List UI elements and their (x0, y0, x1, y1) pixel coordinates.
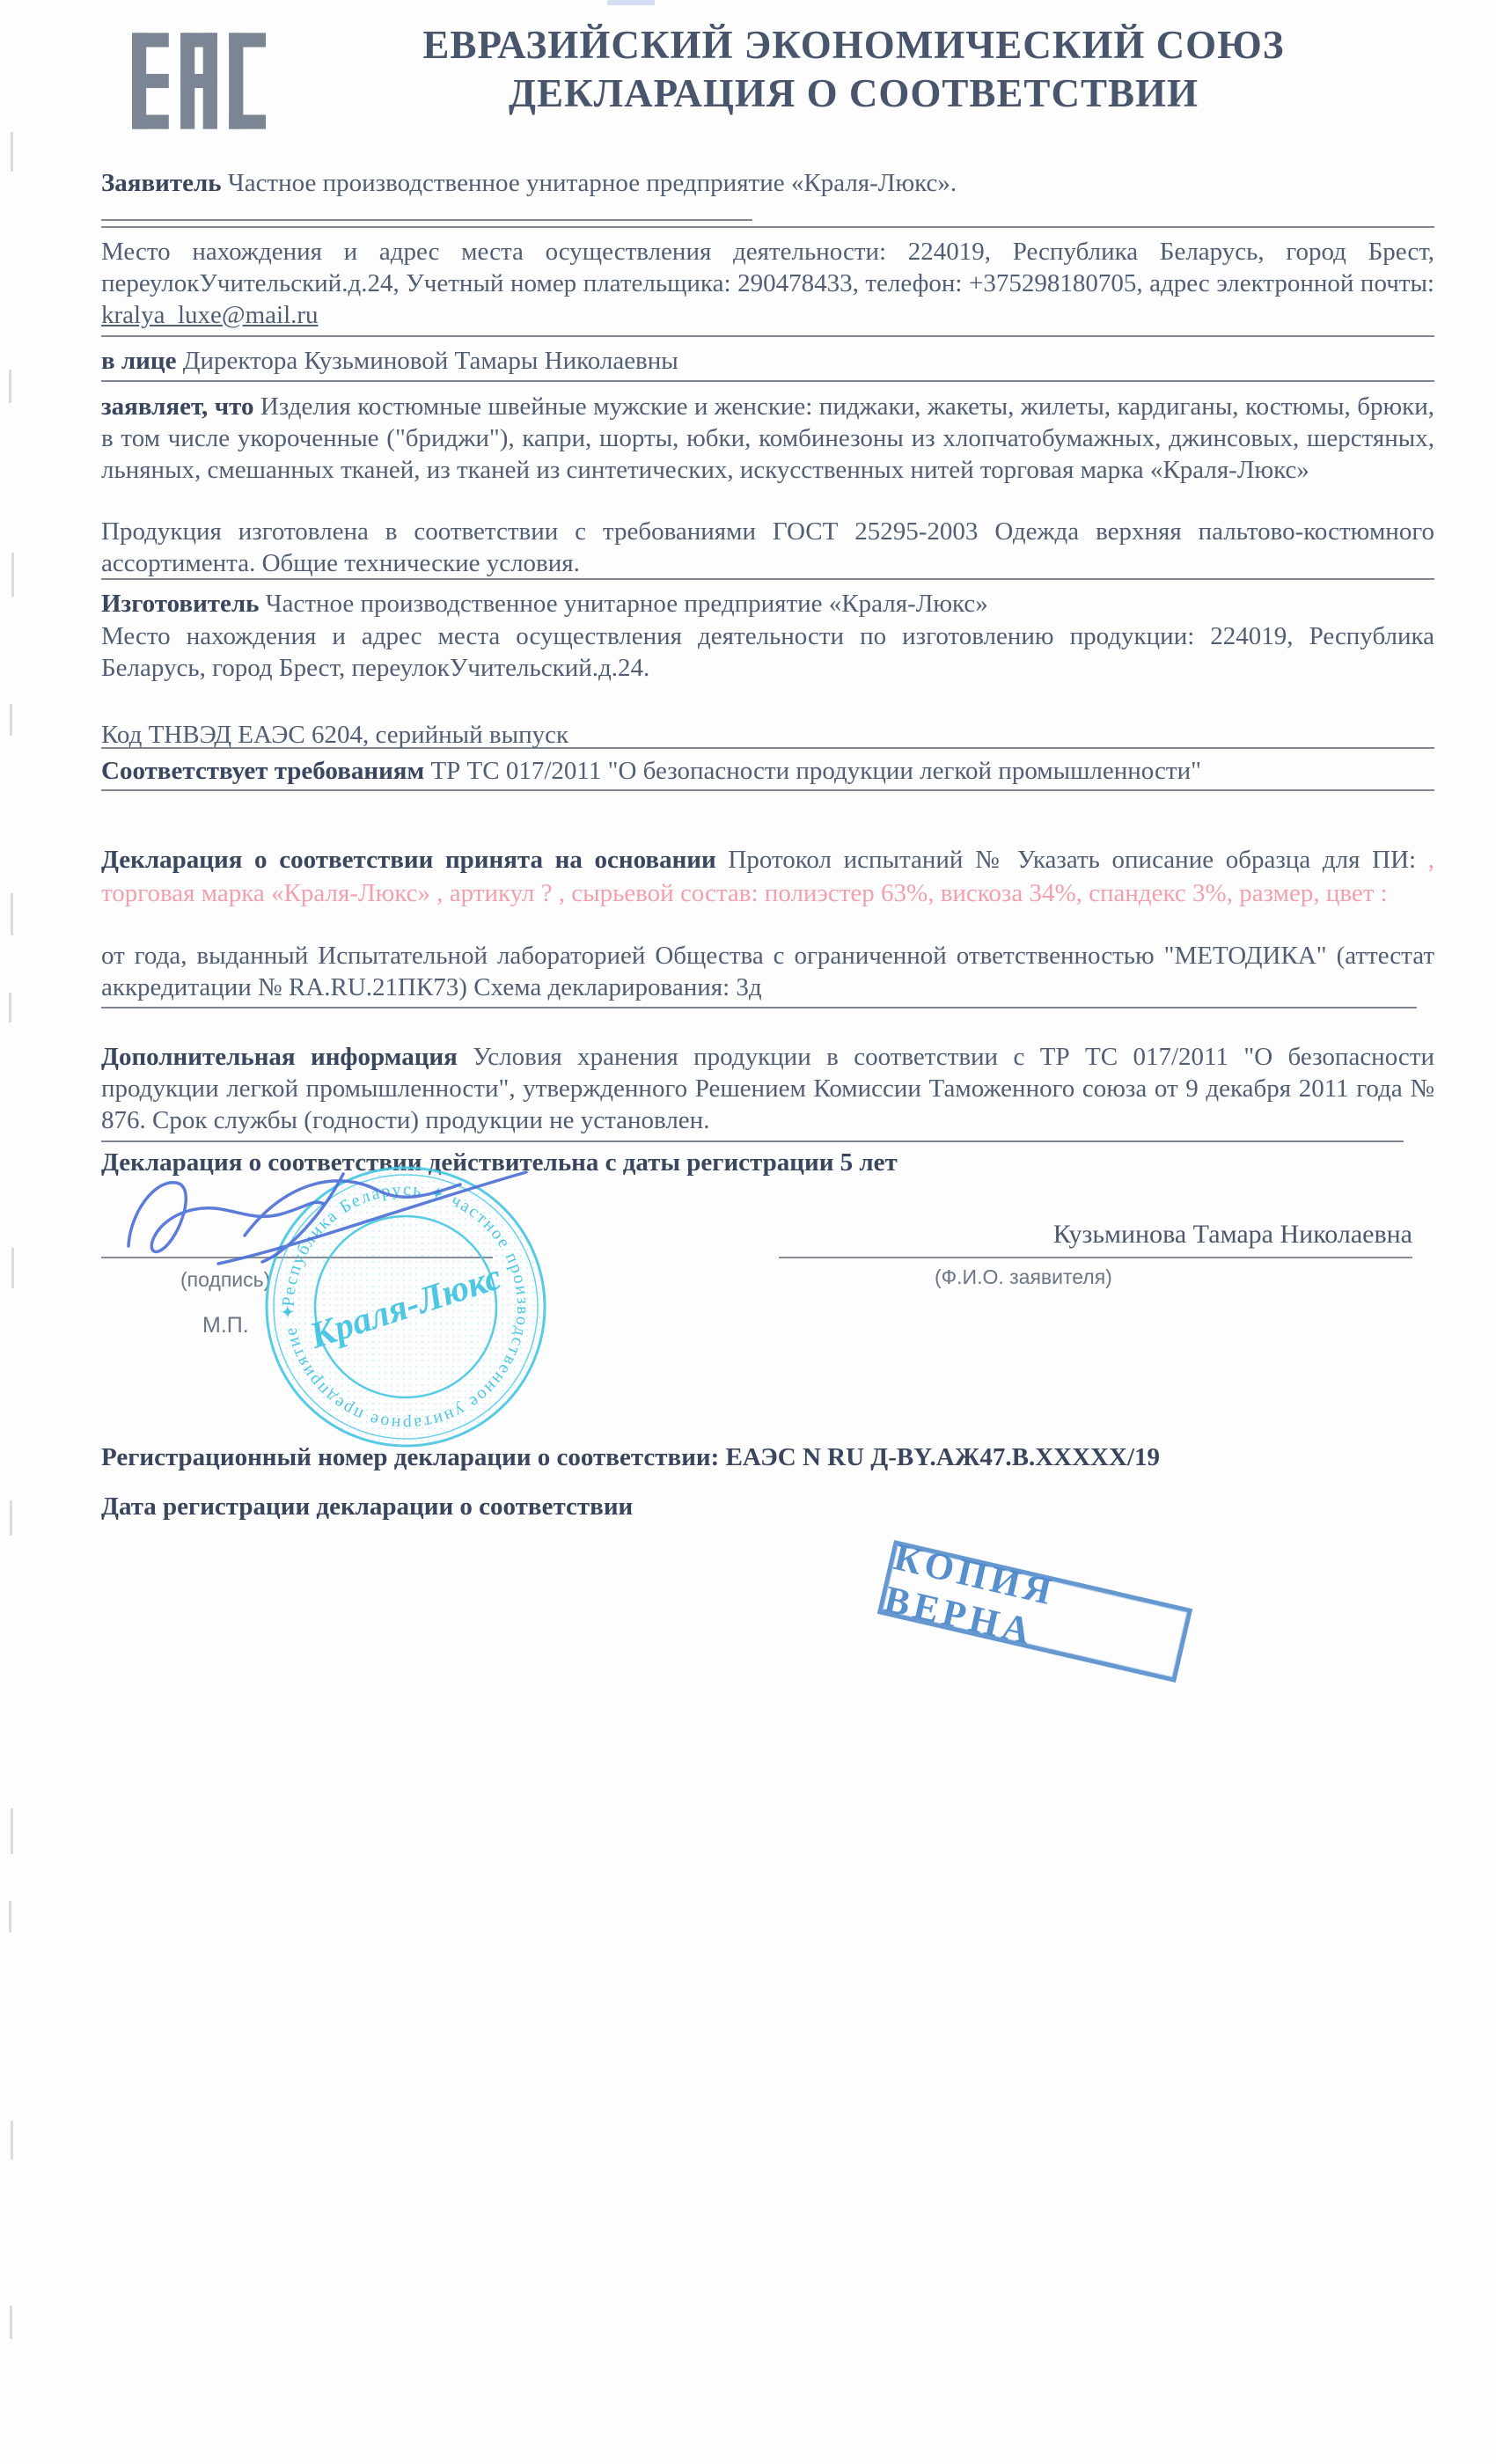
divider (101, 747, 1434, 749)
declares-text: Изделия костюмные швейные мужские и женс… (101, 392, 1434, 484)
scan-artifact (9, 370, 11, 403)
applicant-value: Частное производственное унитарное предп… (222, 169, 957, 197)
representative-line: в лице Директора Кузьминовой Тамары Нико… (101, 345, 1434, 377)
tnved-text: Код ТНВЭД ЕАЭС 6204, серийный выпуск (101, 721, 568, 749)
registration-number-label: Регистрационный номер декларации о соотв… (101, 1443, 719, 1471)
production-text: Продукция изготовлена в соответствии с т… (101, 517, 1434, 577)
scan-artifact (9, 1901, 11, 1932)
divider (101, 219, 752, 221)
name-caption: (Ф.И.О. заявителя) (935, 1265, 1112, 1289)
applicant-name: Кузьминова Тамара Николаевна (792, 1220, 1412, 1250)
scan-artifact (10, 704, 12, 736)
registration-date-text: Дата регистрации декларации о соответств… (101, 1492, 633, 1521)
production-standard: Продукция изготовлена в соответствии с т… (101, 516, 1434, 579)
scan-artifact (9, 993, 11, 1023)
email-text: kralya_luxe@mail.ru (101, 301, 319, 329)
declaration-statement: заявляет, что Изделия костюмные швейные … (101, 391, 1434, 486)
additional-info: Дополнительная информация Условия хранен… (101, 1041, 1434, 1136)
copy-stamp: КОПИЯ ВЕРНА (877, 1540, 1192, 1683)
manufacturer-line: Изготовитель Частное производственное ун… (101, 588, 1434, 620)
divider (101, 578, 1434, 580)
representative-value: Директора Кузьминовой Тамары Николаевны (176, 347, 678, 375)
scan-artifact (10, 2306, 12, 2339)
scan-artifact (11, 893, 13, 935)
divider (101, 335, 1434, 337)
applicant-label: Заявитель (101, 169, 222, 197)
tnved-line: Код ТНВЭД ЕАЭС 6204, серийный выпуск (101, 719, 1434, 751)
representative-label: в лице (101, 347, 176, 375)
basis-label: Декларация о соответствии принята на осн… (101, 846, 716, 874)
compliance-line: Соответствует требованиям ТР ТС 017/2011… (101, 755, 1434, 787)
document-title: ЕВРАЗИЙСКИЙ ЭКОНОМИЧЕСКИЙ СОЮЗ ДЕКЛАРАЦИ… (282, 21, 1426, 118)
scan-artifact (607, 0, 655, 5)
address-paragraph: Место нахождения и адрес места осуществл… (101, 236, 1434, 331)
manufacturer-label: Изготовитель (101, 590, 260, 618)
registration-number-line: Регистрационный номер декларации о соотв… (101, 1441, 1434, 1473)
signature-line-right (779, 1257, 1412, 1258)
manufacturer-address: Место нахождения и адрес места осуществл… (101, 620, 1434, 684)
divider (101, 1007, 1417, 1008)
declaration-document: ЕВРАЗИЙСКИЙ ЭКОНОМИЧЕСКИЙ СОЮЗ ДЕКЛАРАЦИ… (0, 0, 1496, 2464)
scan-artifact (11, 1248, 14, 1288)
divider (101, 226, 1434, 228)
divider (101, 1140, 1404, 1142)
compliance-text: ТР ТС 017/2011 "О безопасности продукции… (424, 757, 1201, 785)
scan-artifact (10, 1500, 12, 1536)
manufacturer-address-text: Место нахождения и адрес места осуществл… (101, 622, 1434, 682)
additional-label: Дополнительная информация (101, 1043, 458, 1071)
divider (101, 380, 1434, 382)
eac-logo (132, 32, 266, 135)
basis-paragraph: Декларация о соответствии принята на осн… (101, 843, 1434, 910)
union-title: ЕВРАЗИЙСКИЙ ЭКОНОМИЧЕСКИЙ СОЮЗ (282, 21, 1426, 70)
scan-artifact (11, 553, 14, 597)
applicant-line: Заявитель Частное производственное унита… (101, 167, 1434, 199)
basis-text: Протокол испытаний № Указать описание об… (716, 846, 1428, 874)
seal-caption: М.П. (202, 1313, 249, 1338)
registration-date-line: Дата регистрации декларации о соответств… (101, 1491, 1434, 1522)
address-text: Место нахождения и адрес места осуществл… (101, 238, 1434, 297)
registration-number-value: ЕАЭС N RU Д-BY.АЖ47.В.XXXXX/19 (719, 1443, 1160, 1471)
scan-artifact (11, 2121, 13, 2160)
lab-paragraph: от года, выданный Испытательной лаборато… (101, 940, 1434, 1003)
divider (101, 789, 1434, 791)
compliance-label: Соответствует требованиям (101, 757, 424, 785)
lab-text: от года, выданный Испытательной лаборато… (101, 942, 1434, 1001)
manufacturer-value: Частное производственное унитарное предп… (260, 590, 988, 618)
scan-artifact (11, 1808, 13, 1854)
signature-scribble (113, 1160, 570, 1279)
declaration-title: ДЕКЛАРАЦИЯ О СООТВЕТСТВИИ (282, 70, 1426, 118)
declares-label: заявляет, что (101, 392, 253, 421)
scan-artifact (11, 132, 13, 172)
copy-stamp-text: КОПИЯ ВЕРНА (880, 1536, 1189, 1687)
